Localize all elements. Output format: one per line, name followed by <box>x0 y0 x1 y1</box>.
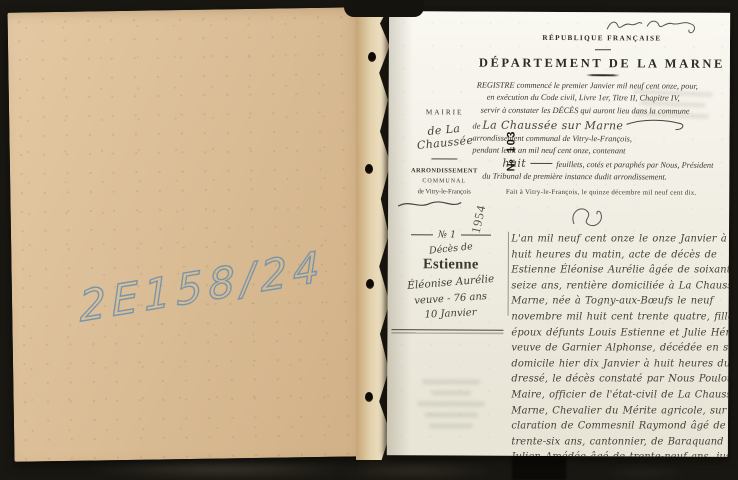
binding-hole <box>368 52 376 62</box>
act-body-line: veuve de Garnier Alphonse, décédée en so… <box>511 340 727 356</box>
deceased-status-age: veuve - 76 ans <box>393 290 507 308</box>
act-date: 10 Janvier <box>393 306 507 322</box>
printed-feuillets: feuillets, cotés et paraphés par Nous, P… <box>556 160 713 170</box>
act-body-line: Estienne Éléonise Aurélie âgée de soixan… <box>511 263 727 279</box>
act-body-line: Maire, officier de l'état-civil de La Ch… <box>511 387 727 403</box>
act-body-line: trente-six ans, cantonnier, de Baraquand <box>511 434 727 450</box>
arrondissement-label: ARRONDISSEMENT <box>406 167 482 174</box>
act-body-line: seize ans, rentière domiciliée à La Chau… <box>511 278 727 294</box>
book-spine-shadow-top <box>344 0 424 17</box>
binding-hole <box>365 392 373 402</box>
left-cover-page: 2E158/24 <box>7 7 367 461</box>
handwritten-mairie-commune: de La Chaussée <box>405 120 483 153</box>
scanned-register-spread: { "left_cover": { "archive_reference": "… <box>0 0 738 480</box>
deceased-surname: Estienne <box>394 256 508 274</box>
pen-dash <box>411 234 433 235</box>
scan-floor-smudge <box>330 464 500 478</box>
folio-number-stamp: № 103 <box>505 124 517 178</box>
ink-bleed-through <box>628 83 717 126</box>
pen-dash <box>461 234 491 235</box>
act-body-line: domicile hier dix Janvier à huit heures … <box>511 356 727 372</box>
pen-dash <box>530 163 552 164</box>
act-body-line: claration de Commesnil Raymond âgé de <box>511 418 727 434</box>
act-body-line: Marne, née à Togny-aux-Bœufs le neuf <box>511 294 727 310</box>
act-margin-block: № 1 Décès de Estienne Éléonise Aurélie v… <box>394 229 508 320</box>
margin-vertical-rule <box>508 232 509 316</box>
act-number: № 1 <box>438 229 456 240</box>
archive-reference-number: 2E158/24 <box>78 241 326 331</box>
register-page: RÉPUBLIQUE FRANÇAISE DÉPARTEMENT DE LA M… <box>387 11 730 457</box>
ornamental-rule <box>586 74 620 76</box>
binding-hole <box>366 279 374 289</box>
act-body-text: L'an mil neuf cent onze le onze Janvier … <box>511 231 727 457</box>
margin-underline-rule <box>391 329 503 333</box>
act-body-line: époux défunts Louis Estienne et Julie Hé… <box>511 325 727 341</box>
paraph-squiggle <box>566 202 612 232</box>
scan-floor-smudge <box>80 460 360 478</box>
act-body-line: dressé, le décès constaté par Nous Poulo… <box>511 372 727 388</box>
issued-at-line: Fait à Vitry-le-François, le quinze déce… <box>472 189 730 197</box>
ink-bleed-through <box>401 373 501 435</box>
margin-separator-rule <box>431 158 457 159</box>
pen-flourish <box>396 197 464 211</box>
act-body-line: Julien Amédée âgé de trente-neuf ans, ju… <box>511 450 727 457</box>
mairie-label: MAIRIE <box>407 108 483 116</box>
act-body-line: novembre mil huit cent trente quatre, fi… <box>511 309 727 325</box>
arrondissement-value: de Vitry-le-François <box>406 188 482 195</box>
department-title: DÉPARTEMENT DE LA MARNE <box>465 56 730 72</box>
communal-label: COMMUNAL <box>406 178 482 184</box>
act-body-line: Marne, Chevalier du Mérite agricole, sur… <box>511 403 727 419</box>
mairie-margin-block: MAIRIE de La Chaussée ARRONDISSEMENT COM… <box>406 108 482 195</box>
binding-hole <box>365 164 373 174</box>
republic-header: RÉPUBLIQUE FRANÇAISE <box>477 34 727 43</box>
handwritten-commune: La Chaussée sur Marne <box>482 118 623 132</box>
scan-floor-smudge <box>600 468 690 478</box>
act-body-line: L'an mil neuf cent onze le onze Janvier … <box>511 231 727 247</box>
header-rule <box>595 49 611 50</box>
act-body-line: huit heures du matin, acte de décès de <box>511 247 727 263</box>
